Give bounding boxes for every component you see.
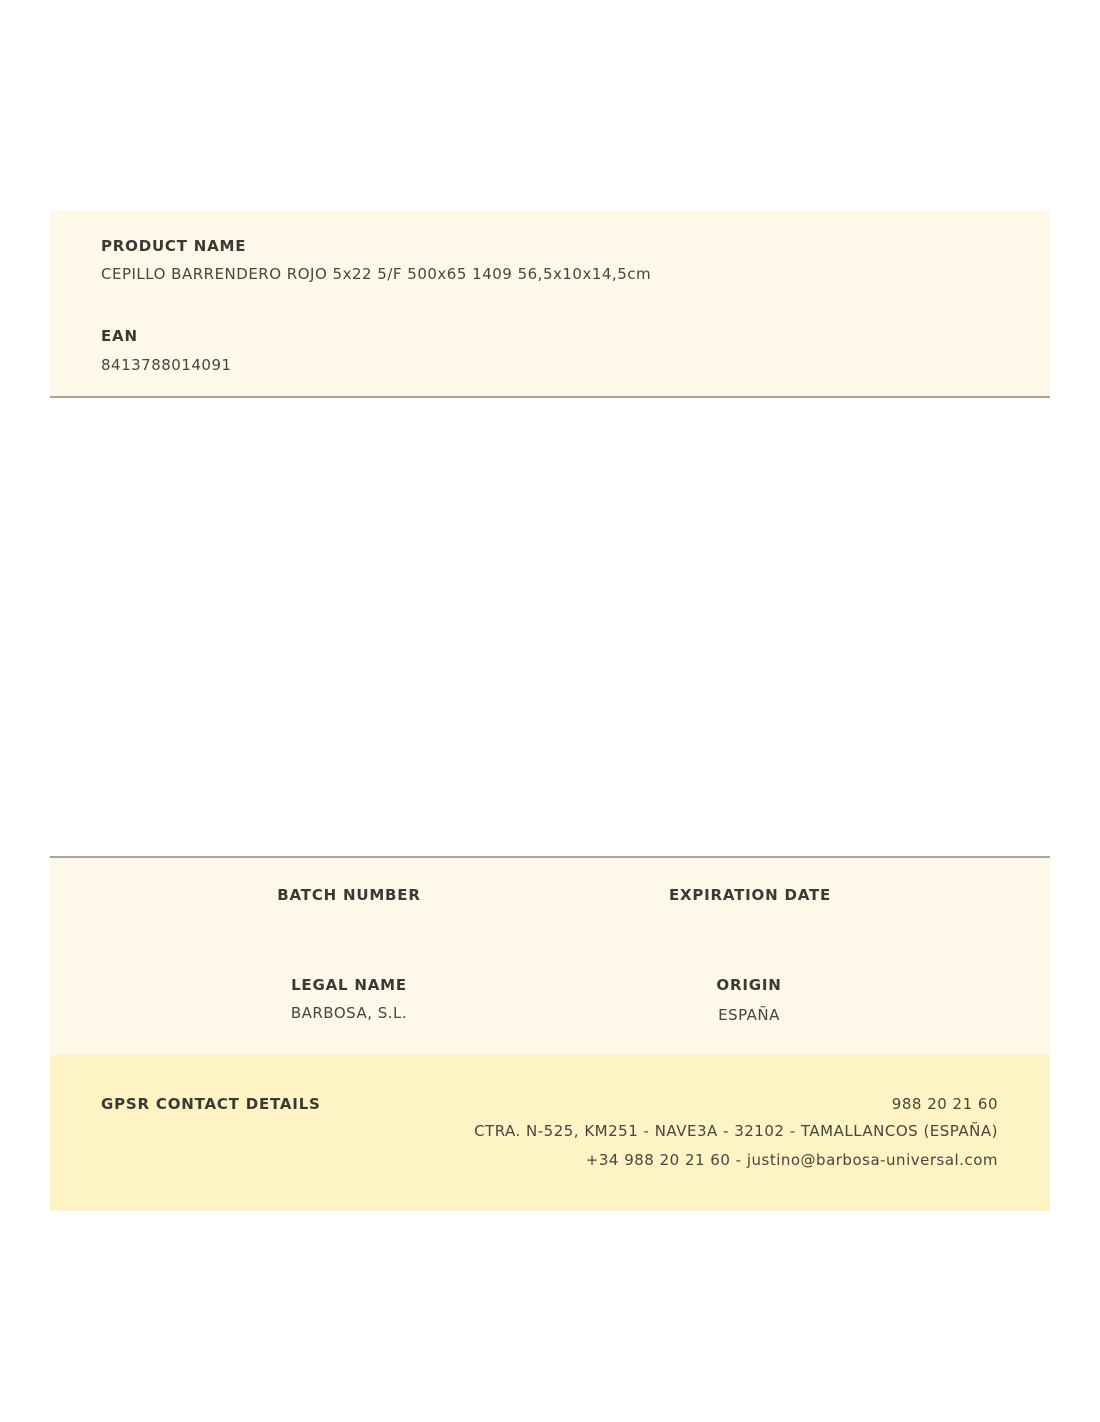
contact-phone-email[interactable]: +34 988 20 21 60 - justino@barbosa-unive…: [586, 1151, 998, 1169]
legal-name-label: LEGAL NAME: [291, 976, 407, 994]
ean-value: 8413788014091: [101, 356, 232, 374]
details-panel: BATCH NUMBER EXPIRATION DATE LEGAL NAME …: [50, 856, 1050, 1057]
ean-label: EAN: [101, 327, 138, 345]
legal-name-value: BARBOSA, S.L.: [291, 1004, 407, 1022]
origin-value: ESPAÑA: [718, 1006, 780, 1024]
gpsr-contact-label: GPSR CONTACT DETAILS: [101, 1095, 321, 1113]
contact-phone: 988 20 21 60: [892, 1095, 998, 1113]
product-name-value: CEPILLO BARRENDERO ROJO 5x22 5/F 500x65 …: [101, 265, 651, 283]
batch-number-label: BATCH NUMBER: [277, 886, 420, 904]
contact-address: CTRA. N-525, KM251 - NAVE3A - 32102 - TA…: [474, 1122, 998, 1140]
expiration-date-label: EXPIRATION DATE: [669, 886, 831, 904]
origin-label: ORIGIN: [716, 976, 781, 994]
product-panel: PRODUCT NAME CEPILLO BARRENDERO ROJO 5x2…: [50, 211, 1050, 398]
product-name-label: PRODUCT NAME: [101, 237, 246, 255]
contact-panel: GPSR CONTACT DETAILS 988 20 21 60 CTRA. …: [50, 1055, 1050, 1211]
